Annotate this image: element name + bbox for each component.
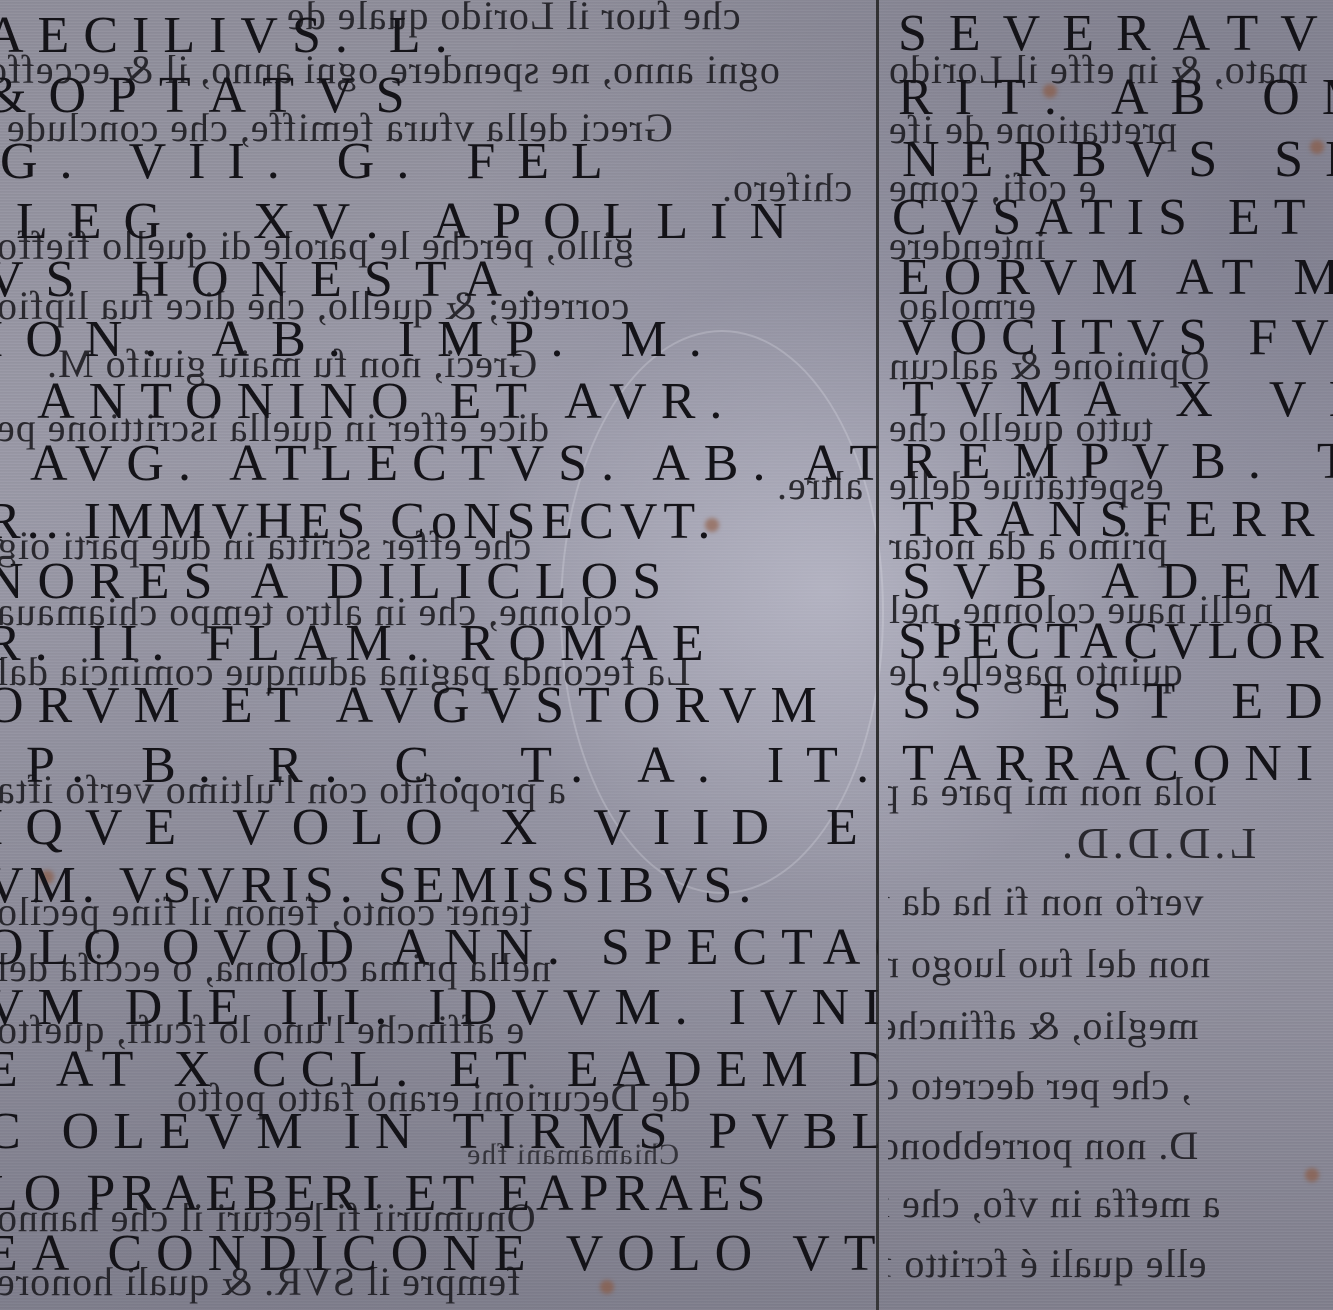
inscription-line: RIT. AB OM (898, 72, 1333, 124)
inscription-line: AECILIVS. L. (0, 10, 462, 62)
mirrored-line: elle quali é fcritto f (888, 1244, 1207, 1284)
inscription-line: R.. IMMVHES CoNSECVT. (0, 496, 716, 548)
inscription-line: P. B. R. C. T. A. IT. DO LEGO (26, 740, 878, 792)
column-divider-rule (876, 0, 879, 1310)
mirrored-line: non del fuo luogo n (888, 944, 1210, 984)
inscription-line: NERBVS SEV (902, 134, 1333, 186)
inscription-line: VM DIE III. IDVVM. IVNI (0, 982, 878, 1034)
inscription-line: LEG. XV. APOLLIN (16, 196, 809, 248)
inscription-line: ORVM ET AVGVSTORVM (0, 680, 831, 732)
inscription-line: SPECTACVLOR (898, 616, 1330, 668)
mirrored-line: a meffa in vfo, che i (888, 1184, 1220, 1224)
mirrored-line: D. non porrebbono (888, 1126, 1198, 1166)
inscription-line: SVB ADEM (902, 556, 1333, 608)
inscription-line: SS EST EDE (902, 676, 1333, 728)
inscription-line: VM. VSVRIS. SEMISSIBVS. (0, 860, 757, 912)
right-column: mato, & in effe il Lorido prettatione de… (888, 0, 1333, 1310)
mirrored-line: meglio, & affinche (888, 1006, 1199, 1046)
inscription-line: C OLEVM IN TIRMS PVBLIC (0, 1106, 878, 1158)
inscription-line: LO PRAEBERI ET EAPRAES (0, 1168, 771, 1220)
inscription-line: G. VII. G. FEL (0, 136, 625, 188)
inscription-line: OLO OVOD ANN. SPECTAC. (0, 922, 878, 974)
inscription-line: AVG. ATLECTVS. AB. ATE (30, 438, 878, 490)
inscription-line: VS HONESTA. (0, 254, 559, 306)
inscription-line: VOCITVS FV (898, 312, 1333, 364)
mirrored-line: verfo non fi ha da t (888, 882, 1203, 922)
inscription-line: &OPTATVS (0, 70, 427, 122)
inscription-line: TVMA X VII (902, 374, 1333, 426)
inscription-line: CVSATIS ET QV (892, 192, 1333, 244)
inscription-line: R. II. FLAM. ROMAE (0, 618, 718, 670)
inscription-line: . ANTONINO ET AVR. (0, 376, 736, 428)
inscription-line: EA CONDICONE VOLO VT (0, 1228, 878, 1280)
left-column: che fuor il Lorido quale de ogni anno, n… (0, 0, 878, 1310)
inscription-line: ION. AB. IMP. M. (0, 314, 724, 366)
inscription-line: TRANSFERR (902, 494, 1329, 546)
inscription-line: NORES A DILICLOS (0, 556, 675, 608)
inscription-line-mirrored: L.D.D.D. (1058, 822, 1256, 866)
inscription-line: SEVERATVS (898, 8, 1333, 60)
mirrored-line: , che per decreto d (888, 1066, 1191, 1106)
inscription-line: TARRACONI (902, 738, 1327, 790)
inscription-line: EORVM AT M (898, 252, 1333, 304)
inscription-line: IQVE VOLO X VIID EX. (0, 802, 878, 854)
scanned-page: che fuor il Lorido quale de ogni anno, n… (0, 0, 1333, 1310)
inscription-line: E AT X CCL. ET EADEM DIE (0, 1044, 878, 1096)
inscription-line: REMPVB. TA (902, 436, 1333, 488)
